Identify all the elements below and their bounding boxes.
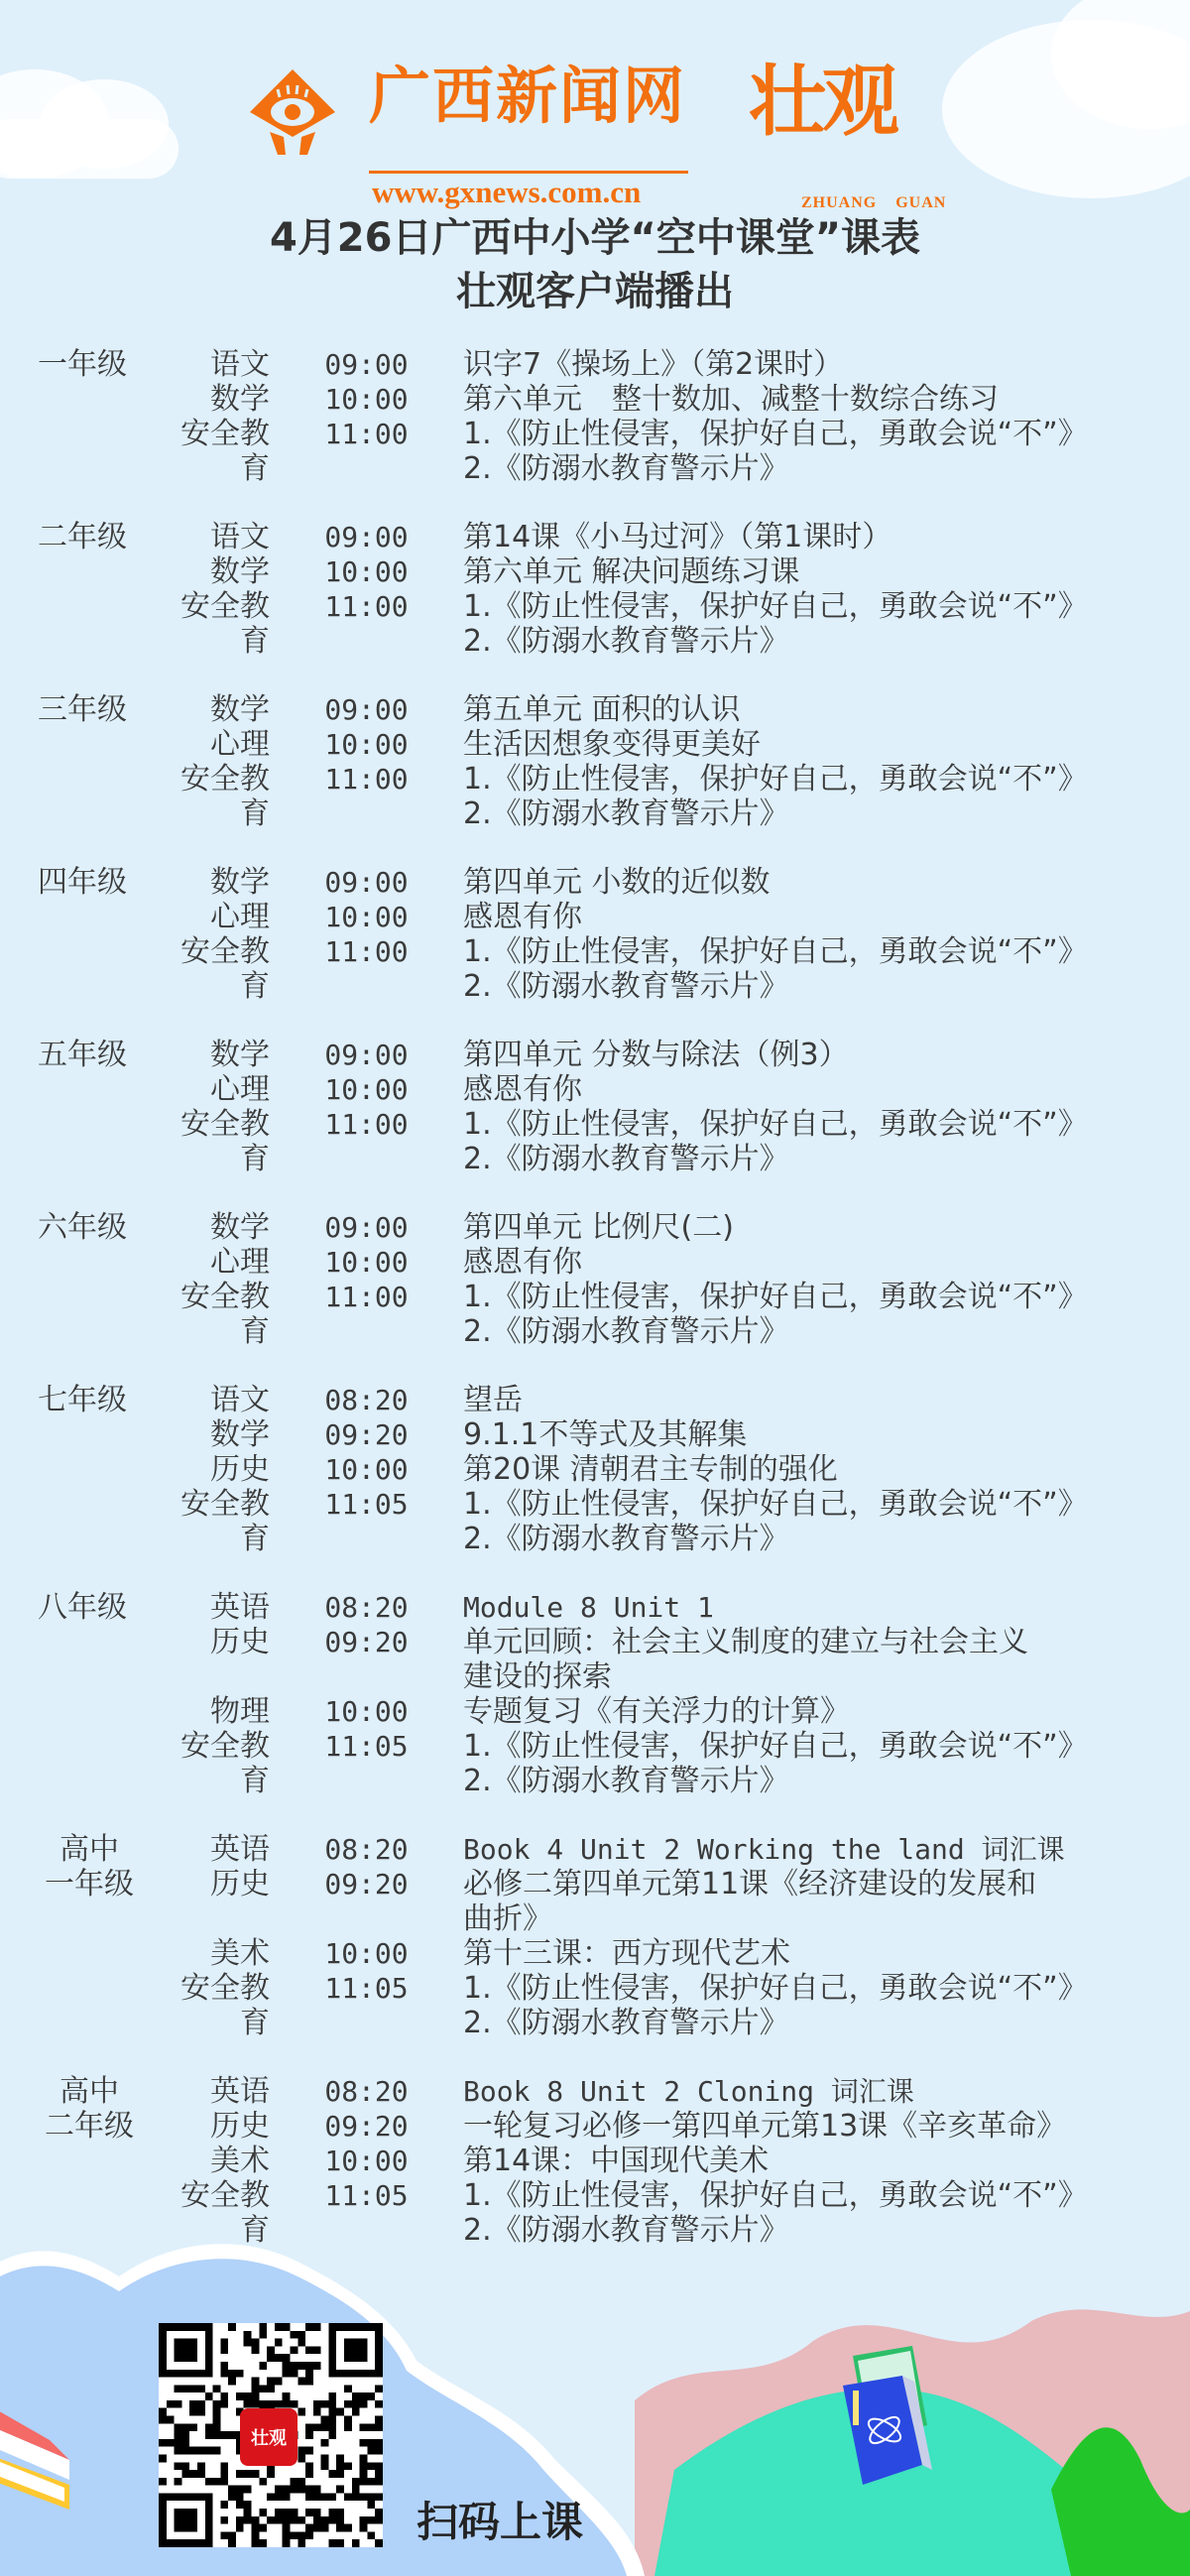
subject: 语文	[159, 347, 270, 382]
grade-block: 二年级语文09:00第14课《小马过河》（第1课时）数学10:00第六单元 解决…	[0, 520, 1190, 659]
time: 09:20	[270, 1625, 463, 1694]
time: 11:00	[270, 1107, 463, 1176]
grade-block: 八年级英语08:20Module 8 Unit 1历史09:20单元回顾：社会主…	[0, 1590, 1190, 1798]
lesson-content: 一轮复习必修一第四单元第13课《辛亥革命》	[463, 2109, 1190, 2144]
subject: 安全教育	[159, 417, 270, 486]
subject: 美术	[159, 2144, 270, 2178]
grade-label	[0, 382, 159, 417]
brand-url: www.gxnews.com.cn	[372, 175, 641, 210]
time: 09:00	[270, 347, 463, 382]
lesson-row: 安全教育11:001.《防止性侵害，保护好自己，勇敢会说“不”》 2.《防溺水教…	[0, 589, 1190, 659]
lesson-content: 1.《防止性侵害，保护好自己，勇敢会说“不”》 2.《防溺水教育警示片》	[463, 1487, 1190, 1556]
subject: 数学	[159, 865, 270, 900]
lesson-content: 1.《防止性侵害，保护好自己，勇敢会说“不”》 2.《防溺水教育警示片》	[463, 762, 1190, 831]
grade-block: 一年级语文09:00识字7《操场上》（第2课时）数学10:00第六单元 整十数加…	[0, 347, 1190, 486]
grade-label	[0, 762, 159, 831]
subject: 心理	[159, 900, 270, 934]
lesson-content: 识字7《操场上》（第2课时）	[463, 347, 1190, 382]
subject: 安全教育	[159, 1107, 270, 1176]
subject: 英语	[159, 1832, 270, 1867]
lesson-row: 七年级语文08:20望岳	[0, 1383, 1190, 1417]
lesson-content: 1.《防止性侵害，保护好自己，勇敢会说“不”》 2.《防溺水教育警示片》	[463, 1971, 1190, 2040]
lesson-content: 感恩有你	[463, 1072, 1190, 1107]
lesson-content: 1.《防止性侵害，保护好自己，勇敢会说“不”》 2.《防溺水教育警示片》	[463, 417, 1190, 486]
app-logo: 壮观	[749, 58, 895, 147]
page-subtitle: 壮观客户端播出	[0, 260, 1190, 316]
subject: 安全教育	[159, 1280, 270, 1349]
lesson-content: 1.《防止性侵害，保护好自己，勇敢会说“不”》 2.《防溺水教育警示片》	[463, 934, 1190, 1004]
lesson-row: 历史10:00第20课 清朝君主专制的强化	[0, 1452, 1190, 1487]
schedule-table: 一年级语文09:00识字7《操场上》（第2课时）数学10:00第六单元 整十数加…	[0, 347, 1190, 2281]
grade-block: 高中英语08:20Book 8 Unit 2 Cloning 词汇课二年级历史0…	[0, 2074, 1190, 2248]
grade-label	[0, 1487, 159, 1556]
lesson-content: 第四单元 小数的近似数	[463, 865, 1190, 900]
lesson-row: 心理10:00感恩有你	[0, 1245, 1190, 1280]
time: 11:05	[270, 1729, 463, 1798]
grade-label	[0, 727, 159, 762]
lesson-content: 第六单元 解决问题练习课	[463, 554, 1190, 589]
lesson-row: 安全教育11:001.《防止性侵害，保护好自己，勇敢会说“不”》 2.《防溺水教…	[0, 417, 1190, 486]
lesson-content: 单元回顾：社会主义制度的建立与社会主义 建设的探索	[463, 1625, 1190, 1694]
lesson-row: 数学09:209.1.1不等式及其解集	[0, 1417, 1190, 1452]
subject: 语文	[159, 1383, 270, 1417]
lesson-content: 1.《防止性侵害，保护好自己，勇敢会说“不”》 2.《防溺水教育警示片》	[463, 1729, 1190, 1798]
subject: 安全教育	[159, 762, 270, 831]
grade-block: 高中英语08:20Book 4 Unit 2 Working the land …	[0, 1832, 1190, 2040]
grade-label: 三年级	[0, 692, 159, 727]
lesson-content: 必修二第四单元第11课《经济建设的发展和 曲折》	[463, 1867, 1190, 1936]
lesson-row: 历史09:20单元回顾：社会主义制度的建立与社会主义 建设的探索	[0, 1625, 1190, 1694]
subject: 英语	[159, 1590, 270, 1625]
lesson-row: 八年级英语08:20Module 8 Unit 1	[0, 1590, 1190, 1625]
time: 08:20	[270, 1590, 463, 1625]
brand-name: 广西新闻网	[369, 61, 686, 131]
lesson-row: 心理10:00生活因想象变得更美好	[0, 727, 1190, 762]
lesson-row: 数学10:00第六单元 整十数加、减整十数综合练习	[0, 382, 1190, 417]
time: 11:00	[270, 417, 463, 486]
qr-code[interactable]: 壮观	[159, 2323, 383, 2547]
grade-label: 七年级	[0, 1383, 159, 1417]
time: 08:20	[270, 1383, 463, 1417]
grade-label	[0, 1280, 159, 1349]
grade-label: 八年级	[0, 1590, 159, 1625]
grade-block: 六年级数学09:00第四单元 比例尺(二)心理10:00感恩有你安全教育11:0…	[0, 1210, 1190, 1349]
lesson-content: 1.《防止性侵害，保护好自己，勇敢会说“不”》 2.《防溺水教育警示片》	[463, 1107, 1190, 1176]
lesson-row: 美术10:00第14课：中国现代美术	[0, 2144, 1190, 2178]
lesson-row: 高中英语08:20Book 8 Unit 2 Cloning 词汇课	[0, 2074, 1190, 2109]
grade-label	[0, 589, 159, 659]
scan-to-class-label: 扫码上课	[416, 2490, 583, 2549]
subject: 安全教育	[159, 934, 270, 1004]
lesson-content: 第六单元 整十数加、减整十数综合练习	[463, 382, 1190, 417]
time: 09:00	[270, 865, 463, 900]
grade-label	[0, 1694, 159, 1729]
brand-header: 广西新闻网 www.gxnews.com.cn 壮观 ZHUANG GUAN	[0, 48, 1190, 167]
subject: 安全教育	[159, 1729, 270, 1798]
subject: 英语	[159, 2074, 270, 2109]
grade-label	[0, 1245, 159, 1280]
lesson-row: 安全教育11:051.《防止性侵害，保护好自己，勇敢会说“不”》 2.《防溺水教…	[0, 1971, 1190, 2040]
time: 09:00	[270, 520, 463, 554]
lesson-row: 安全教育11:051.《防止性侵害，保护好自己，勇敢会说“不”》 2.《防溺水教…	[0, 1729, 1190, 1798]
science-book-icon	[823, 2346, 962, 2495]
lesson-row: 安全教育11:001.《防止性侵害，保护好自己，勇敢会说“不”》 2.《防溺水教…	[0, 762, 1190, 831]
lesson-content: Book 8 Unit 2 Cloning 词汇课	[463, 2074, 1190, 2109]
subject: 语文	[159, 520, 270, 554]
page-title: 4月26日广西中小学“空中课堂”课表	[0, 206, 1190, 263]
lesson-row: 数学10:00第六单元 解决问题练习课	[0, 554, 1190, 589]
time: 11:00	[270, 762, 463, 831]
time: 10:00	[270, 382, 463, 417]
grade-label: 二年级	[0, 520, 159, 554]
subject: 历史	[159, 2109, 270, 2144]
time: 09:20	[270, 2109, 463, 2144]
subject: 数学	[159, 1210, 270, 1245]
grade-label	[0, 1107, 159, 1176]
lesson-content: Module 8 Unit 1	[463, 1590, 1190, 1625]
subject: 安全教育	[159, 1487, 270, 1556]
lesson-content: 第14课：中国现代美术	[463, 2144, 1190, 2178]
grade-label	[0, 1072, 159, 1107]
lesson-row: 六年级数学09:00第四单元 比例尺(二)	[0, 1210, 1190, 1245]
grade-label	[0, 1452, 159, 1487]
time: 11:00	[270, 1280, 463, 1349]
grade-label: 五年级	[0, 1038, 159, 1072]
grade-label	[0, 2144, 159, 2178]
lesson-content: 望岳	[463, 1383, 1190, 1417]
lesson-row: 一年级历史09:20必修二第四单元第11课《经济建设的发展和 曲折》	[0, 1867, 1190, 1936]
time: 09:20	[270, 1867, 463, 1936]
subject: 心理	[159, 1245, 270, 1280]
subject: 数学	[159, 692, 270, 727]
grade-label	[0, 1729, 159, 1798]
grade-label	[0, 1625, 159, 1694]
time: 10:00	[270, 727, 463, 762]
subject: 数学	[159, 1417, 270, 1452]
grade-label: 一年级	[0, 1867, 159, 1936]
lesson-row: 三年级数学09:00第五单元 面积的认识	[0, 692, 1190, 727]
time: 08:20	[270, 1832, 463, 1867]
grade-block: 三年级数学09:00第五单元 面积的认识心理10:00生活因想象变得更美好安全教…	[0, 692, 1190, 831]
time: 09:00	[270, 1038, 463, 1072]
subject: 安全教育	[159, 589, 270, 659]
qr-app-logo: 壮观	[240, 2408, 297, 2466]
subject: 安全教育	[159, 1971, 270, 2040]
brand-divider	[369, 171, 688, 174]
time: 10:00	[270, 900, 463, 934]
time: 10:00	[270, 1245, 463, 1280]
grade-label: 二年级	[0, 2109, 159, 2144]
time: 10:00	[270, 1072, 463, 1107]
grade-block: 五年级数学09:00第四单元 分数与除法（例3）心理10:00感恩有你安全教育1…	[0, 1038, 1190, 1176]
lesson-content: 生活因想象变得更美好	[463, 727, 1190, 762]
grade-label: 一年级	[0, 347, 159, 382]
grade-block: 四年级数学09:00第四单元 小数的近似数心理10:00感恩有你安全教育11:0…	[0, 865, 1190, 1004]
time: 08:20	[270, 2074, 463, 2109]
lesson-content: 第四单元 比例尺(二)	[463, 1210, 1190, 1245]
subject: 历史	[159, 1867, 270, 1936]
grade-label	[0, 554, 159, 589]
lesson-content: Book 4 Unit 2 Working the land 词汇课	[463, 1832, 1190, 1867]
time: 11:00	[270, 589, 463, 659]
grade-label: 高中	[0, 2074, 159, 2109]
lesson-row: 物理10:00专题复习《有关浮力的计算》	[0, 1694, 1190, 1729]
time: 11:05	[270, 1487, 463, 1556]
time: 11:00	[270, 934, 463, 1004]
lesson-row: 心理10:00感恩有你	[0, 900, 1190, 934]
lesson-content: 感恩有你	[463, 1245, 1190, 1280]
lesson-row: 安全教育11:001.《防止性侵害，保护好自己，勇敢会说“不”》 2.《防溺水教…	[0, 934, 1190, 1004]
footer-section: 壮观 扫码上课	[0, 2232, 1190, 2576]
lesson-row: 心理10:00感恩有你	[0, 1072, 1190, 1107]
subject: 数学	[159, 382, 270, 417]
grade-label	[0, 1417, 159, 1452]
lesson-row: 安全教育11:001.《防止性侵害，保护好自己，勇敢会说“不”》 2.《防溺水教…	[0, 1107, 1190, 1176]
lesson-content: 1.《防止性侵害，保护好自己，勇敢会说“不”》 2.《防溺水教育警示片》	[463, 589, 1190, 659]
time: 09:00	[270, 692, 463, 727]
subject: 美术	[159, 1936, 270, 1971]
lesson-row: 二年级历史09:20一轮复习必修一第四单元第13课《辛亥革命》	[0, 2109, 1190, 2144]
grade-label	[0, 1971, 159, 2040]
grade-block: 七年级语文08:20望岳数学09:209.1.1不等式及其解集历史10:00第2…	[0, 1383, 1190, 1556]
time: 10:00	[270, 2144, 463, 2178]
lesson-content: 第20课 清朝君主专制的强化	[463, 1452, 1190, 1487]
subject: 心理	[159, 727, 270, 762]
grade-label: 六年级	[0, 1210, 159, 1245]
lesson-content: 第14课《小马过河》（第1课时）	[463, 520, 1190, 554]
lesson-content: 第十三课：西方现代艺术	[463, 1936, 1190, 1971]
books-icon	[0, 2381, 89, 2519]
lesson-content: 感恩有你	[463, 900, 1190, 934]
lesson-row: 五年级数学09:00第四单元 分数与除法（例3）	[0, 1038, 1190, 1072]
grade-label: 高中	[0, 1832, 159, 1867]
lesson-row: 一年级语文09:00识字7《操场上》（第2课时）	[0, 347, 1190, 382]
subject: 物理	[159, 1694, 270, 1729]
grade-label	[0, 417, 159, 486]
subject: 心理	[159, 1072, 270, 1107]
time: 10:00	[270, 1452, 463, 1487]
lesson-row: 高中英语08:20Book 4 Unit 2 Working the land …	[0, 1832, 1190, 1867]
lesson-row: 美术10:00第十三课：西方现代艺术	[0, 1936, 1190, 1971]
lesson-content: 第五单元 面积的认识	[463, 692, 1190, 727]
lesson-content: 1.《防止性侵害，保护好自己，勇敢会说“不”》 2.《防溺水教育警示片》	[463, 1280, 1190, 1349]
lesson-content: 第四单元 分数与除法（例3）	[463, 1038, 1190, 1072]
subject: 数学	[159, 1038, 270, 1072]
lesson-row: 四年级数学09:00第四单元 小数的近似数	[0, 865, 1190, 900]
grade-label	[0, 1936, 159, 1971]
time: 10:00	[270, 554, 463, 589]
time: 10:00	[270, 1936, 463, 1971]
lesson-content: 9.1.1不等式及其解集	[463, 1417, 1190, 1452]
time: 09:00	[270, 1210, 463, 1245]
lesson-row: 二年级语文09:00第14课《小马过河》（第1课时）	[0, 520, 1190, 554]
lesson-row: 安全教育11:051.《防止性侵害，保护好自己，勇敢会说“不”》 2.《防溺水教…	[0, 1487, 1190, 1556]
grade-label	[0, 900, 159, 934]
time: 10:00	[270, 1694, 463, 1729]
time: 11:05	[270, 1971, 463, 2040]
grade-label	[0, 934, 159, 1004]
grade-label: 四年级	[0, 865, 159, 900]
subject: 历史	[159, 1625, 270, 1694]
gxnews-logo-icon	[248, 67, 337, 157]
lesson-row: 安全教育11:001.《防止性侵害，保护好自己，勇敢会说“不”》 2.《防溺水教…	[0, 1280, 1190, 1349]
time: 09:20	[270, 1417, 463, 1452]
lesson-content: 专题复习《有关浮力的计算》	[463, 1694, 1190, 1729]
subject: 数学	[159, 554, 270, 589]
subject: 历史	[159, 1452, 270, 1487]
